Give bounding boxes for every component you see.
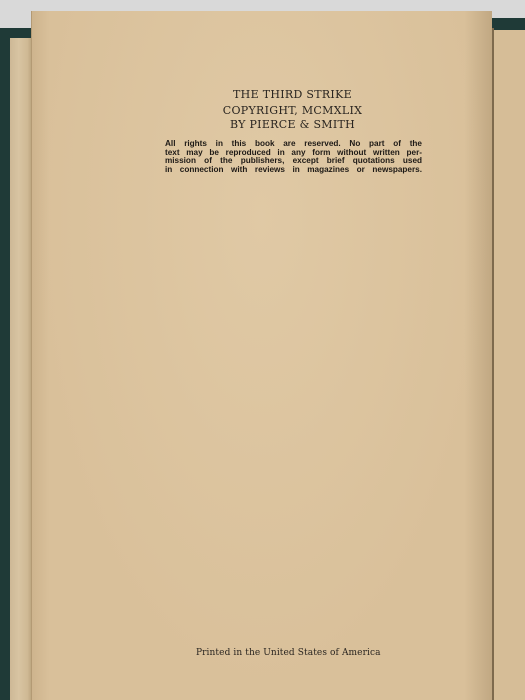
rights-notice-line: in connection with reviews in magazines … <box>165 166 422 175</box>
book-photo: THE THIRD STRIKE COPYRIGHT, MCMXLIX BY P… <box>0 0 525 700</box>
publisher-line: BY PIERCE & SMITH <box>0 118 525 131</box>
book-title: THE THIRD STRIKE <box>0 88 525 101</box>
printed-in-line: Printed in the United States of America <box>196 648 381 658</box>
page-stack-edge <box>10 38 32 700</box>
rights-notice: All rights in this book are reserved. No… <box>165 140 422 174</box>
copyright-line: COPYRIGHT, MCMXLIX <box>0 104 525 117</box>
